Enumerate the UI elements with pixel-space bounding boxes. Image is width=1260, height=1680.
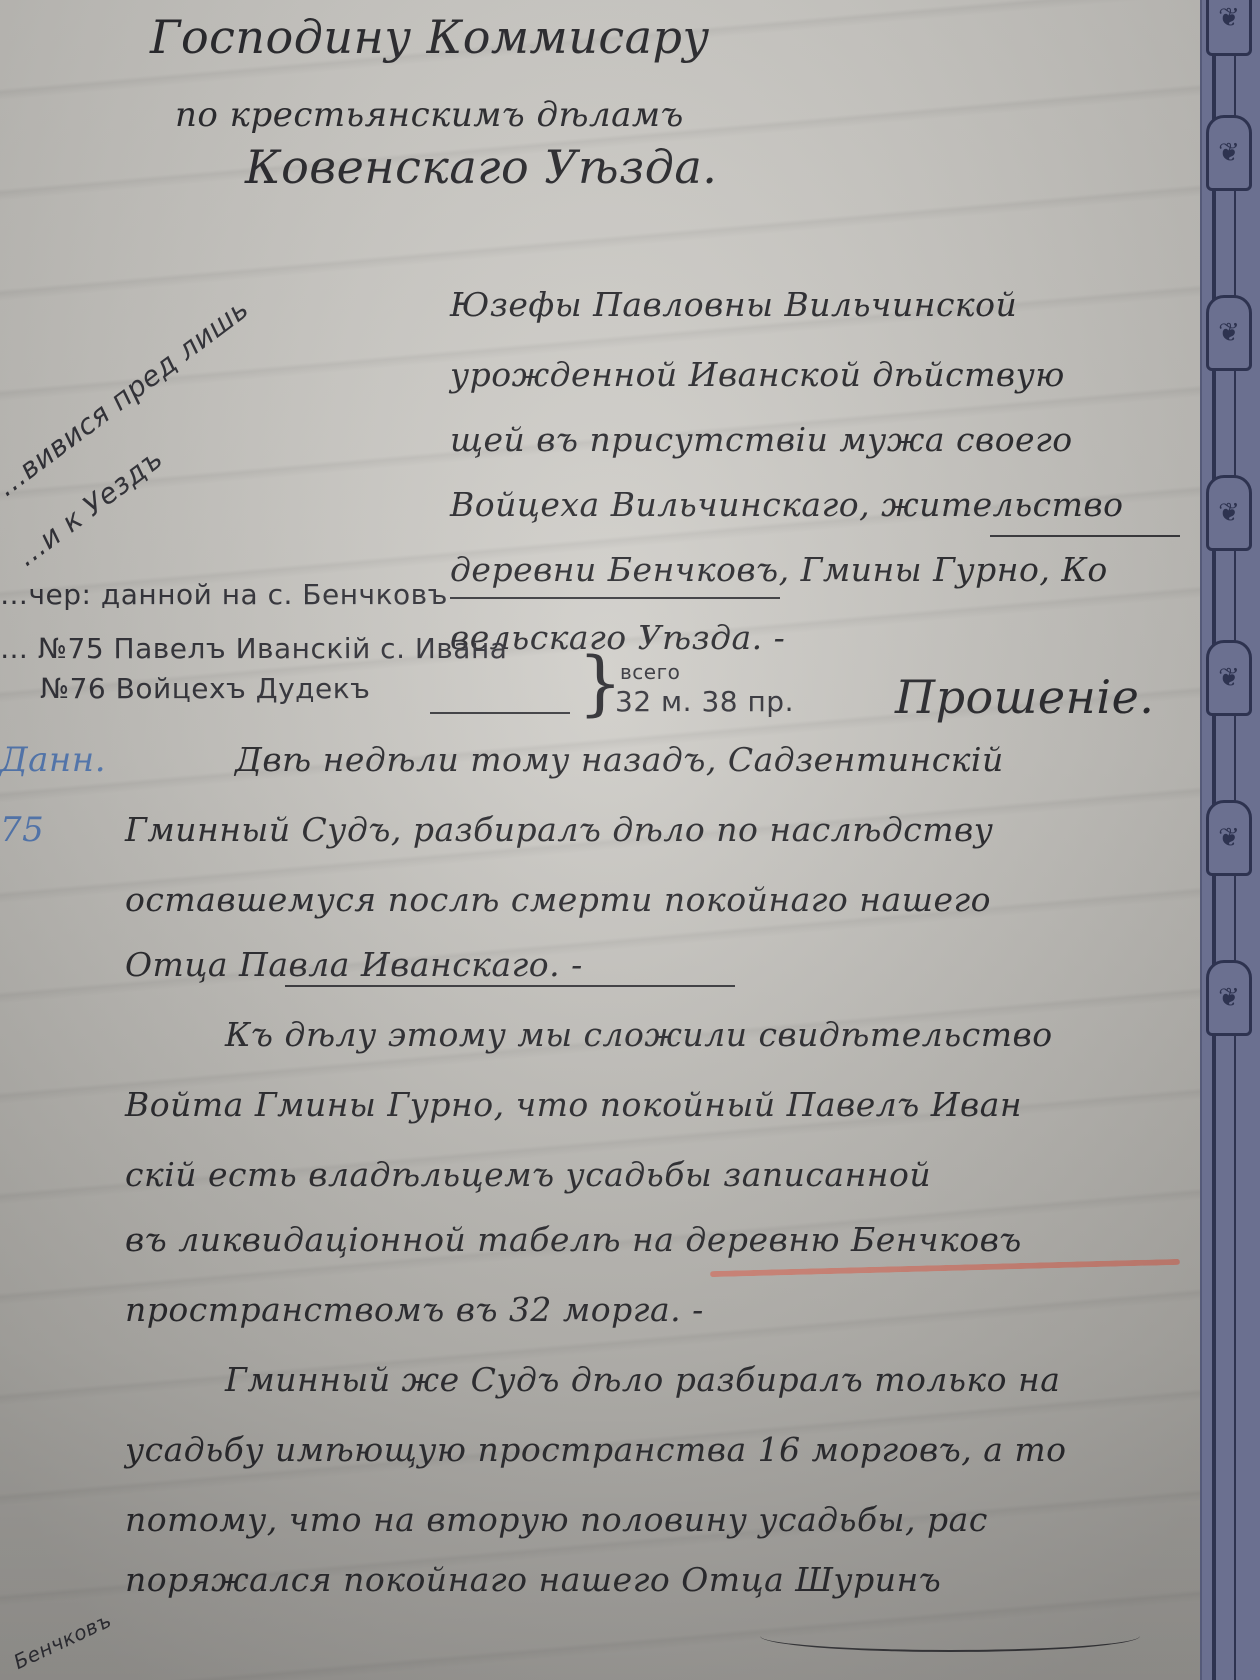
paragraph-1-line-1: Двѣ недѣли тому назадъ, Садзентинскій [235,740,1004,779]
border-ornament-icon: ❦ [1206,475,1252,551]
register-note-line-1: …чер: данной на с. Бенчковъ [0,578,448,611]
underline-village [450,597,780,599]
paragraph-1-line-4: Отца Павла Иванскаго. - [125,945,583,984]
paragraph-3-line-4: поряжался покойнаго нашего Отца Шуринъ [125,1560,941,1599]
paragraph-3-line-1: Гминный же Судъ дѣло разбиралъ только на [225,1360,1060,1399]
border-ornament-icon: ❦ [1206,960,1252,1036]
petition-title: Прошеніе. [895,670,1154,724]
document-page: Господину Коммисару по крестьянскимъ дѣл… [0,0,1210,1680]
border-ornament-icon: ❦ [1206,295,1252,371]
paragraph-3-line-3: потому, что на вторую половину усадьбы, … [125,1500,988,1539]
underline-residence [990,535,1180,537]
petitioner-line-3: щей въ присутствіи мужа своего [450,420,1073,459]
register-total-label: всего [620,660,680,684]
petitioner-line-5: деревни Бенчковъ, Гмины Гурно, Ко [450,550,1108,589]
closing-flourish [760,1620,1140,1652]
border-ornament-icon: ❦ [1206,115,1252,191]
border-ornament-icon: ❦ [1206,640,1252,716]
blue-pencil-note-1: Данн. [0,740,106,780]
register-note-line-3: №76 Войцехъ Дудекъ [40,672,370,705]
paragraph-2-line-2: Войта Гмины Гурно, что покойный Павелъ И… [125,1085,1022,1124]
petitioner-line-2: урожденной Иванской дѣйствую [450,355,1065,394]
paragraph-2-line-4: въ ликвидаціонной табелѣ на деревню Бенч… [125,1220,1022,1259]
border-ornament-icon: ❦ [1206,0,1252,56]
paragraph-1-line-2: Гминный Судъ, разбиралъ дѣло по наслѣдст… [125,810,993,849]
petitioner-line-4: Войцеха Вильчинскаго, жительство [450,485,1124,524]
paragraph-2-line-5: пространствомъ въ 32 морга. - [125,1290,704,1329]
red-pencil-underline [710,1259,1180,1277]
header-department: по крестьянскимъ дѣламъ [175,95,684,135]
ornamental-border: ❦ ❦ ❦ ❦ ❦ ❦ ❦ [1200,0,1260,1680]
register-dash [430,712,570,714]
register-total-value: 32 м. 38 пр. [615,685,794,718]
blue-pencil-note-2: 75 [0,810,44,850]
header-district: Ковенскаго Уѣзда. [245,140,717,194]
paragraph-2-line-3: скій есть владѣльцемъ усадьбы записанной [125,1155,931,1194]
border-ornament-icon: ❦ [1206,800,1252,876]
paragraph-2-line-1: Къ дѣлу этому мы сложили свидѣтельство [225,1015,1053,1054]
header-addressee: Господину Коммисару [150,10,710,64]
bottom-left-note: Бенчковъ [10,1608,115,1674]
paragraph-1-line-3: оставшемуся послѣ смерти покойнаго нашег… [125,880,991,919]
register-note-line-2: … №75 Павелъ Иванскій с. Ивана [0,632,507,665]
paragraph-3-line-2: усадьбу имѣющую пространства 16 морговъ,… [125,1430,1067,1469]
petitioner-line-1: Юзефы Павловны Вильчинской [450,285,1017,324]
underline-father-name [285,985,735,987]
